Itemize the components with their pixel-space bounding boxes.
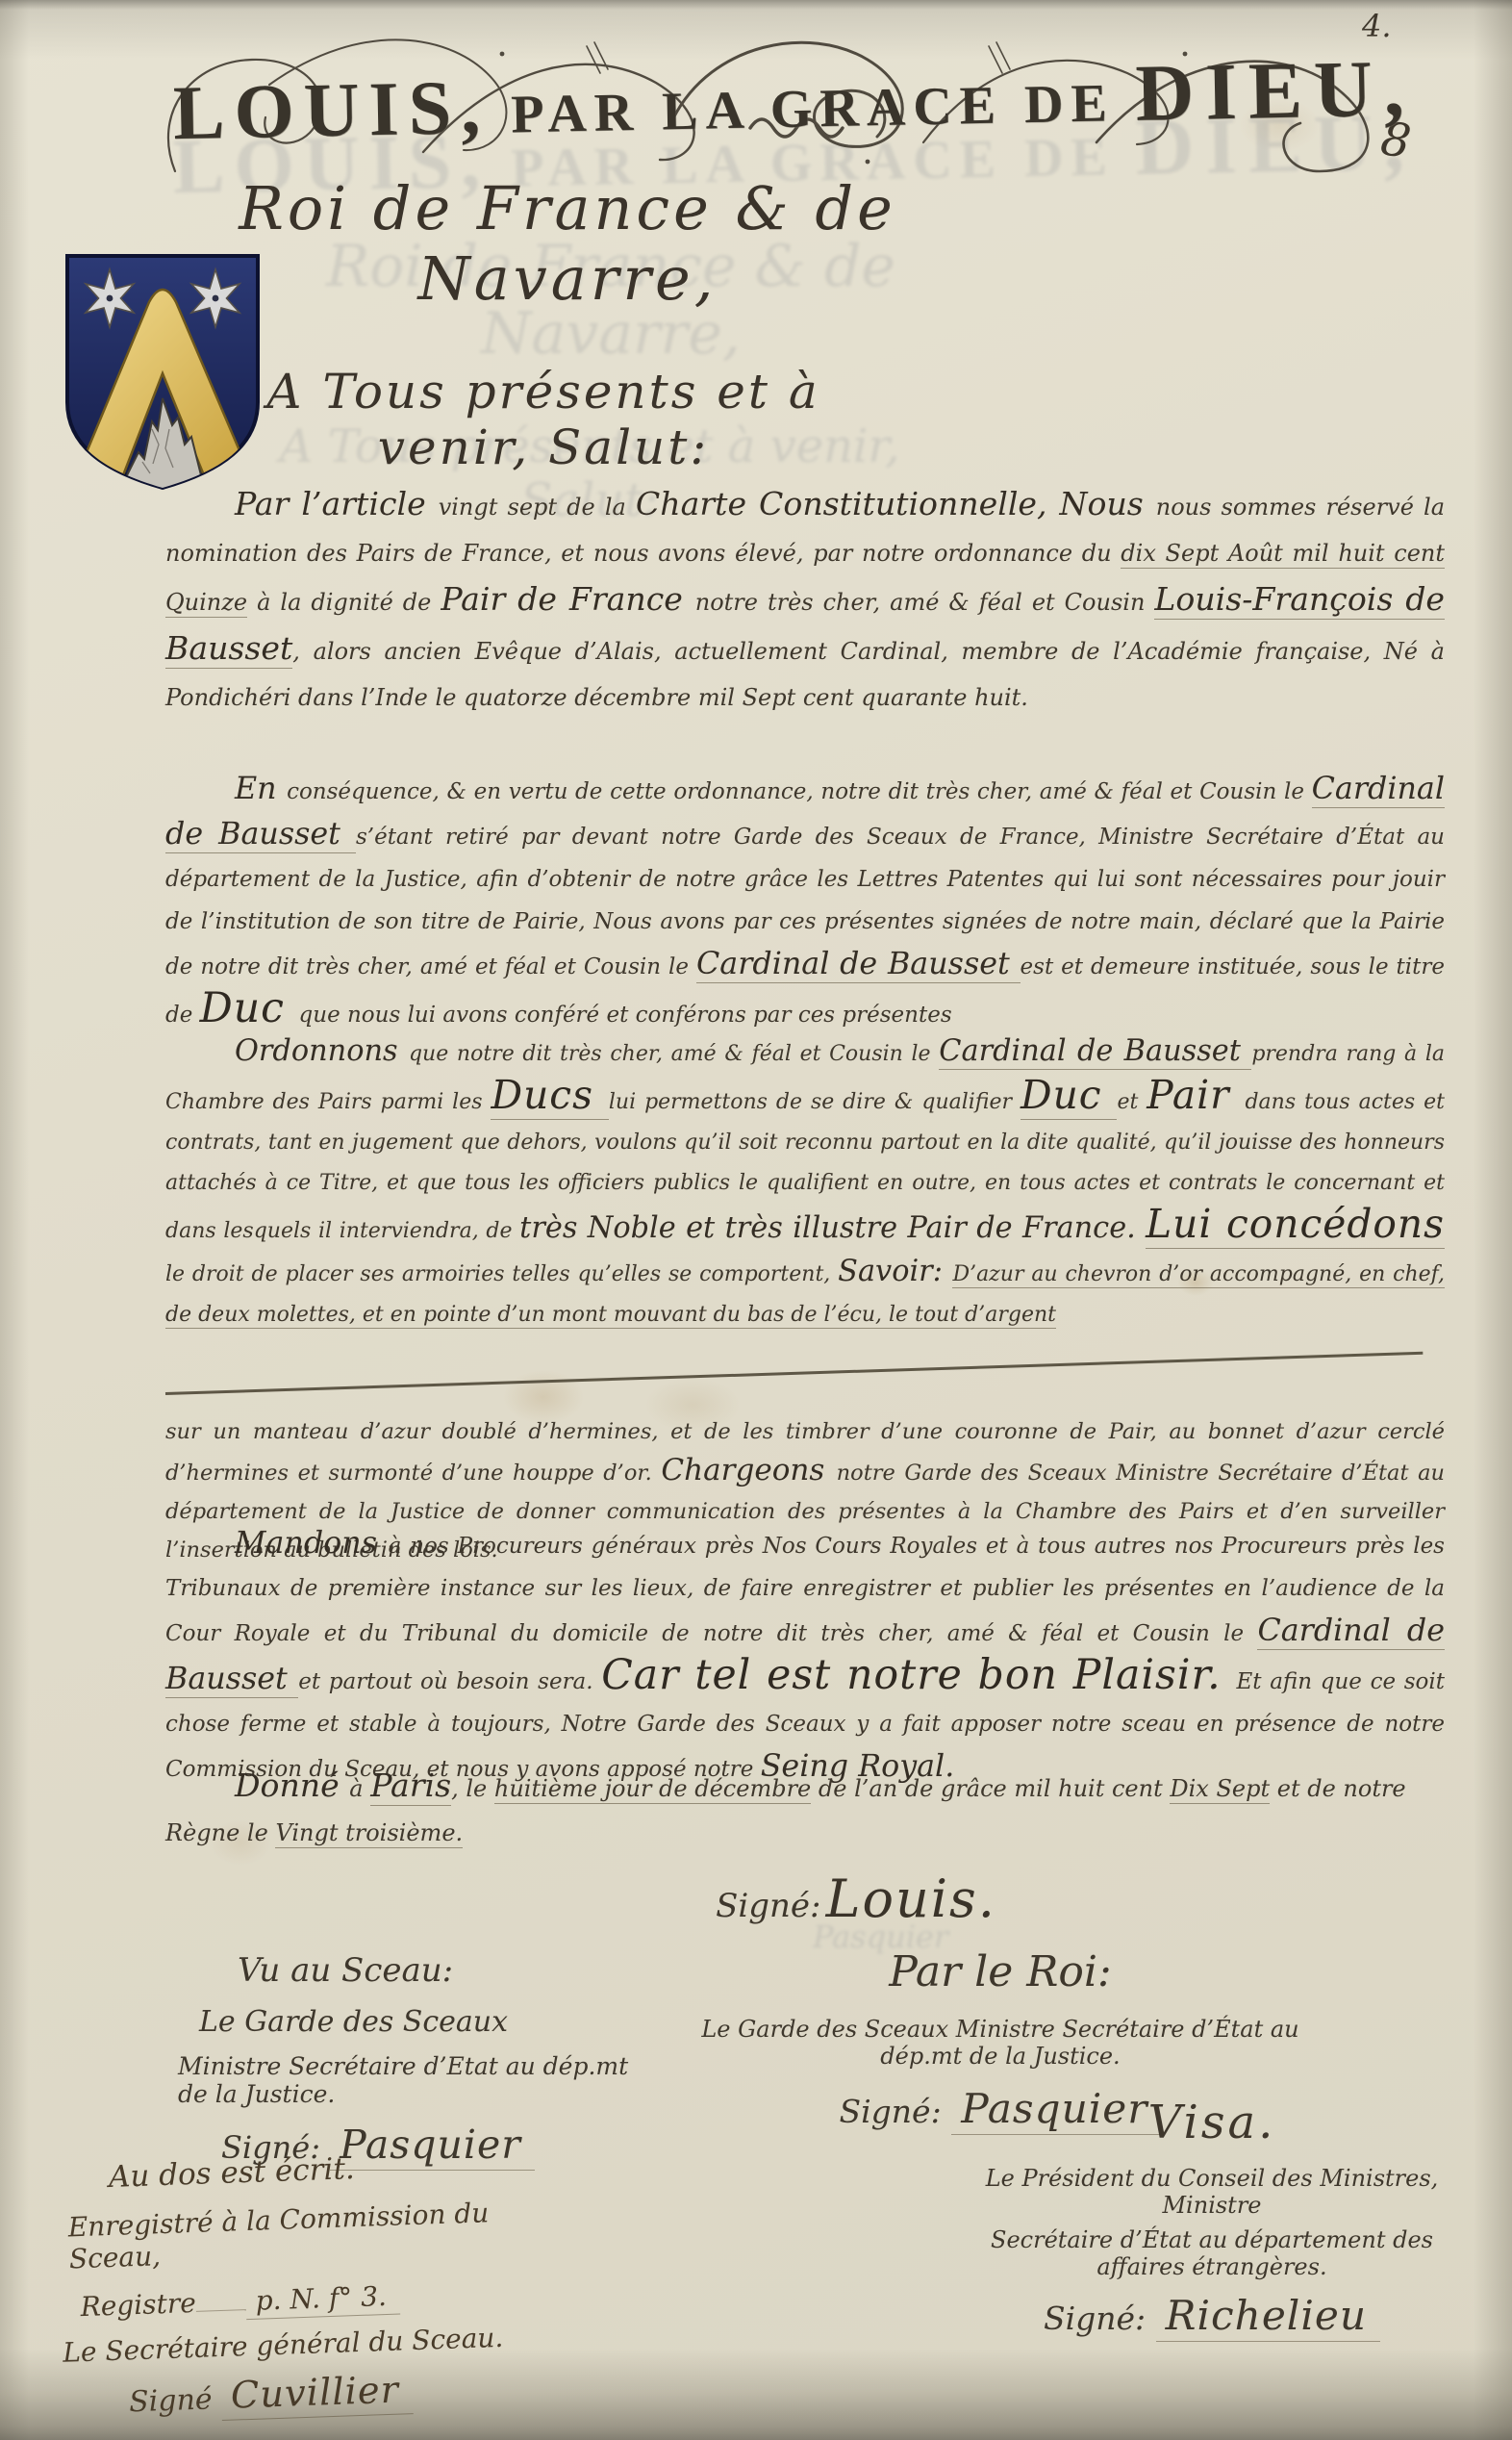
text-segment: que nous lui avons conféré et conférons … [299,1003,952,1028]
text-segment: que notre dit très cher, amé & féal et C… [409,1042,939,1066]
letters-patent-document: 4. 8 LOUIS, PAR LA GRACE DE DIEU, LOUIS,… [0,0,1512,2440]
text-segment: Car tel est notre bon Plaisir. [601,1652,1236,1699]
signe-label: Signé: [1044,2300,1146,2337]
signe-label: Signé: [840,2093,942,2130]
text-segment: de l’an de grâce mil huit cent [811,1775,1170,1802]
garde-des-sceaux-ministre-line: Le Garde des Sceaux Ministre Secrétaire … [683,2016,1318,2070]
signe-label: Signé: [716,1887,820,1925]
paragraph-donne-a-paris: Donné à Paris, le huitième jour de décem… [165,1764,1445,1855]
au-dos-line: Au dos est écrit. [108,2145,549,2195]
text-segment: , alors ancien Evêque d’Alais, actuellem… [165,638,1445,711]
visa-heading: Visa. [962,2096,1462,2149]
registre-line: Registrep. N. f° 3. [80,2272,554,2323]
text-segment: Vingt troisième. [275,1819,463,1848]
text-segment: à la dignité de [247,589,441,616]
text-segment: Pair de France [441,580,694,618]
text-segment: le droit de placer ses armoiries telles … [165,1262,838,1286]
coat-of-arms-bausset [60,246,265,496]
salutation-heading: A Tous présents et à venir, Salut: [212,364,875,475]
text-segment: Pair [1147,1072,1245,1118]
text-segment: Mandons [235,1526,389,1561]
text-segment: Donné [235,1766,349,1804]
enregistre-line: Enregistré à la Commission du Sceau, [67,2195,552,2275]
text-segment: Paris [370,1766,451,1806]
text-segment: très Noble et très illustre Pair de Fran… [519,1211,1146,1245]
registre-label: Registre [80,2287,196,2323]
vu-au-sceau-heading: Vu au Sceau: [238,1951,659,1990]
royal-signature-block: Signé: Louis. [616,1868,1096,1929]
text-segment: et [1117,1090,1147,1114]
text-segment: Charte Constitutionnelle, Nous [636,485,1156,522]
countersignature-richelieu: Signé: Richelieu [962,2292,1462,2339]
section-divider-line [165,1352,1423,1395]
garde-des-sceaux-line: Le Garde des Sceaux [199,2005,659,2039]
president-du-conseil-line: Le Président du Conseil des Ministres, M… [962,2165,1462,2219]
text-segment: et partout où besoin sera. [298,1669,601,1694]
text-segment: Dix Sept [1170,1775,1270,1804]
vu-au-sceau-block: Vu au Sceau: Le Garde des Sceaux Ministr… [178,1951,659,2168]
text-segment: huitième jour de décembre [494,1775,811,1804]
text-segment: lui permettons de se dire & qualifier [609,1090,1021,1114]
text-segment: En [235,772,287,806]
text-segment: , le [451,1775,494,1802]
registration-block: Au dos est écrit. Enregistré à la Commis… [48,2145,557,2424]
royal-style-heading: Roi de France & de Navarre, [226,173,909,314]
text-segment: Ducs [491,1072,608,1120]
text-segment: notre très cher, amé & féal et Cousin [695,589,1155,616]
text-segment: Par l’article [235,485,439,522]
par-le-roi-heading: Par le Roi: [683,1947,1318,1996]
countersignature-cuvillier: Signé Cuvillier [128,2363,557,2422]
text-segment: Duc [200,985,299,1032]
signature-richelieu: Richelieu [1156,2292,1380,2342]
text-segment: Chargeons [661,1453,836,1487]
text-segment: à [349,1775,370,1802]
title-dieu: DIEU, [1135,43,1417,139]
text-segment: conséquence, & en vertu de cette ordonna… [287,779,1312,804]
paragraph-institution-duc: En conséquence, & en vertu de cette ordo… [165,768,1445,1036]
ruled-blank [195,2282,246,2312]
text-segment: Cardinal de Bausset [696,947,1021,983]
paragraph-ordonnons: Ordonnons que notre dit très cher, amé &… [165,1031,1445,1335]
text-segment: Lui concédons [1146,1201,1445,1249]
signature-louis: Louis. [826,1868,996,1929]
title-middle: PAR LA GRACE DE [490,73,1137,145]
ministre-line: Ministre Secrétaire d’Etat au dép.mt de … [178,2052,659,2108]
paragraph-charte-constitutionnelle: Par l’article vingt sept de la Charte Co… [165,481,1445,721]
text-segment: Duc [1021,1072,1118,1120]
signe-label: Signé [129,2382,214,2419]
visa-block: Visa. Le Président du Conseil des Minist… [962,2096,1462,2339]
text-segment: Ordonnons [235,1034,409,1068]
text-segment: Cardinal de Bausset [939,1034,1251,1070]
registre-folio-value: p. N. f° 3. [245,2279,400,2320]
text-segment: Savoir: [838,1255,952,1288]
affaires-etrangeres-line: Secrétaire d’État au département des aff… [962,2226,1462,2280]
title-king-name: LOUIS, [172,65,491,156]
paragraph-mandons: Mandons à nos Procureurs généraux près N… [165,1522,1445,1791]
text-segment: vingt sept de la [439,494,636,521]
secretaire-general-line: Le Secrétaire général du Sceau. [63,2320,556,2369]
signature-cuvillier: Cuvillier [220,2368,414,2421]
